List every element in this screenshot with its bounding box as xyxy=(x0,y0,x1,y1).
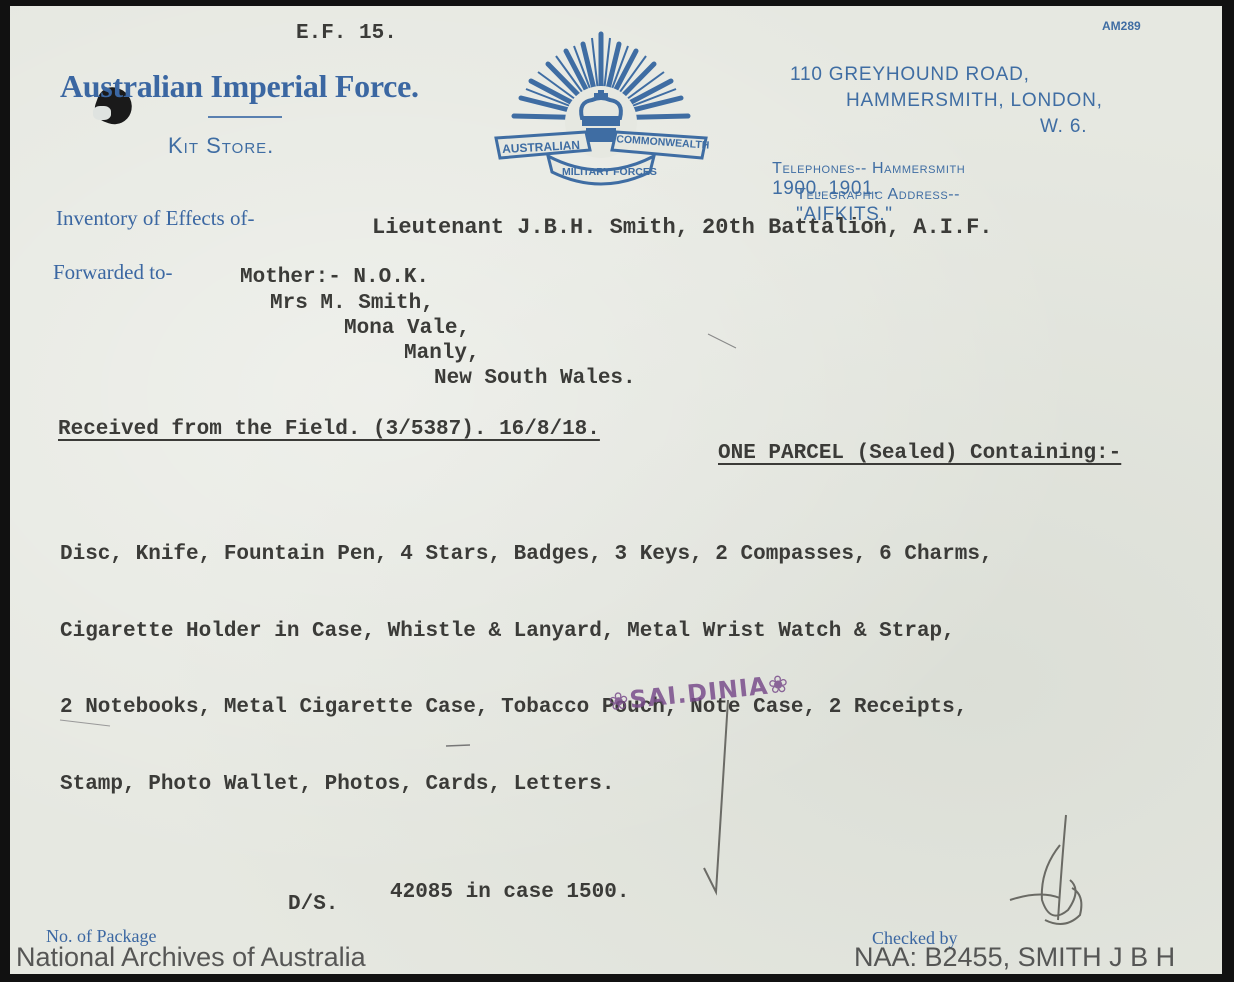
ds-label: D/S. xyxy=(288,893,338,916)
record-reference-watermark: NAA: B2455, SMITH J B H xyxy=(854,942,1175,973)
case-note: 42085 in case 1500. xyxy=(390,881,629,904)
signature-icon xyxy=(1010,815,1081,924)
check-mark-icon xyxy=(704,700,728,892)
archive-watermark: National Archives of Australia xyxy=(16,942,366,973)
pencil-marks xyxy=(0,0,1234,982)
